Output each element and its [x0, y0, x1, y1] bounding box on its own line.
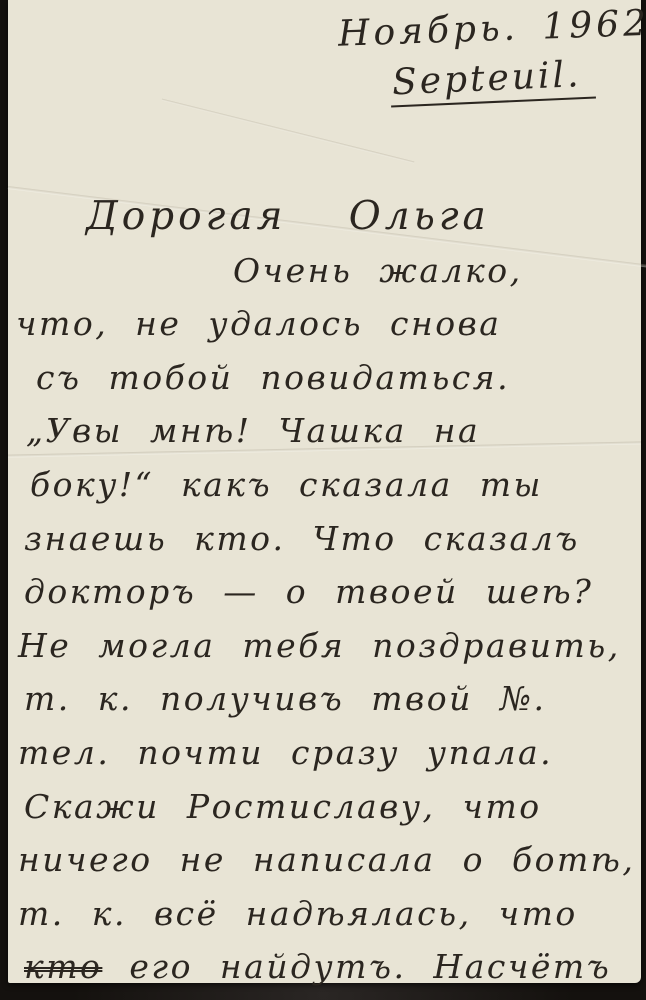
letter-line: т. к. всё надѣялась, что	[8, 887, 641, 941]
paper-crease	[162, 99, 415, 164]
letter-line: съ тобой повидаться.	[8, 351, 641, 405]
letter-date: Ноябрь. 1962.	[337, 2, 646, 54]
letter-line: т. к. получивъ твой №.	[8, 672, 641, 726]
scan-backdrop: Ноябрь. 1962. Septeuil. Дорогая ОльгаОче…	[0, 0, 646, 1000]
letter-line: боку!“ какъ сказала ты	[8, 458, 641, 512]
letter-line: докторъ — о твоей шеѣ?	[8, 565, 641, 619]
letter-line: Не могла тебя поздравить,	[8, 619, 641, 673]
letter-body: Дорогая ОльгаОчень жалко,что, не удалось…	[8, 190, 641, 994]
letter-line: Дорогая Ольга	[8, 190, 641, 244]
letter-line: „Увы мнѣ! Чашка на	[8, 404, 641, 458]
letter-line: что, не удалось снова	[8, 297, 641, 351]
letter-line: Очень жалко,	[8, 244, 641, 298]
letter-line: тел. почти сразу упала.	[8, 726, 641, 780]
letter-line: кто его найдутъ. Насчётъ	[8, 940, 641, 994]
letter-paper: Ноябрь. 1962. Septeuil. Дорогая ОльгаОче…	[8, 0, 641, 983]
strikethrough-word: кто	[24, 947, 102, 986]
letter-line: знаешь кто. Что сказалъ	[8, 512, 641, 566]
letter-line: ничего не написала о ботѣ,	[8, 833, 641, 887]
letter-place-line: Septeuil.	[389, 54, 596, 104]
letter-line: Скажи Ростиславу, что	[8, 780, 641, 834]
letter-place: Septeuil.	[389, 54, 596, 108]
